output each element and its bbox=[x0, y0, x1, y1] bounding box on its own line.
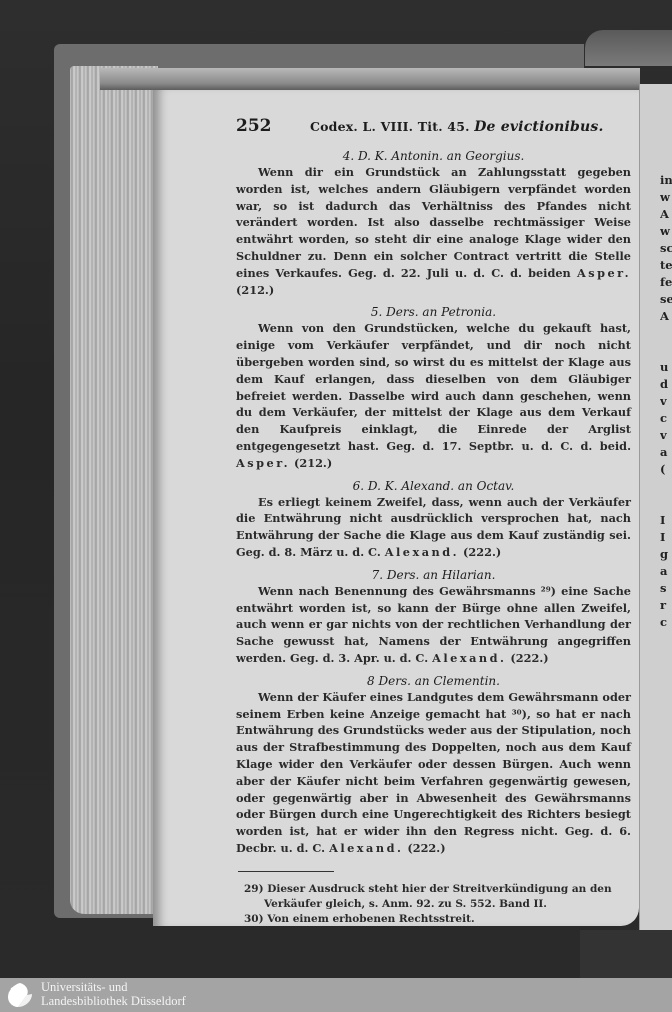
footer-bar: Universitäts- und Landesbibliothek Düsse… bbox=[0, 978, 672, 1012]
facing-page-text: in w A w sc te fe se A u d v c v a ( I I… bbox=[660, 172, 672, 631]
facing-line: I bbox=[660, 529, 672, 546]
consul-name: Asper. bbox=[236, 456, 290, 470]
year-text: (222.) bbox=[510, 651, 548, 665]
consul-name: Alexand. bbox=[432, 651, 506, 665]
section-title: 7. Ders. an Hilarian. bbox=[236, 567, 631, 583]
date-text: Geg. d. 17. Septbr. u. d. C. d. beid. bbox=[386, 439, 631, 453]
facing-line: ( bbox=[660, 461, 672, 478]
body-text: Wenn dir ein Grundstück an Zahlungsstatt… bbox=[236, 165, 631, 280]
section-text: Es erliegt keinem Zweifel, dass, wenn au… bbox=[236, 494, 631, 561]
section-4: 4. D. K. Antonin. an Georgius. Wenn dir … bbox=[236, 148, 631, 298]
running-head-subject: De evictionibus. bbox=[474, 119, 603, 135]
year-text: (222.) bbox=[407, 841, 445, 855]
facing-line: d bbox=[660, 376, 672, 393]
section-5: 5. Ders. an Petronia. Wenn von den Grund… bbox=[236, 304, 631, 471]
footnote-line: 29) Dieser Ausdruck steht hier der Strei… bbox=[244, 883, 612, 895]
facing-line bbox=[660, 342, 672, 359]
page-number: 252 bbox=[236, 116, 310, 136]
date-text: Geg. d. 22. Juli u. d. C. d. beiden bbox=[348, 266, 571, 280]
facing-line: u bbox=[660, 359, 672, 376]
running-head-title: Codex. L. VIII. Tit. 45. De evictionibus… bbox=[310, 119, 604, 135]
section-8: 8 Ders. an Clementin. Wenn der Käufer ei… bbox=[236, 673, 631, 857]
footnote-line: 30) Von einem erhobenen Rechtsstreit. bbox=[244, 913, 475, 925]
footnote-line: Verkäufer gleich, s. Anm. 92. zu S. 552.… bbox=[244, 897, 631, 912]
facing-line: A bbox=[660, 206, 672, 223]
facing-line bbox=[660, 495, 672, 512]
body-text: Wenn von den Grundstücken, welche du gek… bbox=[236, 321, 631, 453]
facing-line: s bbox=[660, 580, 672, 597]
consul-name: Alexand. bbox=[329, 841, 403, 855]
body-text: Wenn der Käufer eines Landgutes dem Gewä… bbox=[236, 690, 631, 855]
facing-line: a bbox=[660, 444, 672, 461]
facing-line: r bbox=[660, 597, 672, 614]
facing-line bbox=[660, 478, 672, 495]
facing-line: w bbox=[660, 189, 672, 206]
facing-line: fe bbox=[660, 274, 672, 291]
footnote-29: 29) Dieser Ausdruck steht hier der Strei… bbox=[236, 882, 631, 912]
date-text: Geg. d. 3. Apr. u. d. C. bbox=[290, 651, 428, 665]
date-text: Geg. d. 8. März u. d. C. bbox=[236, 545, 381, 559]
facing-line: te bbox=[660, 257, 672, 274]
ulb-logo-icon bbox=[5, 981, 35, 1009]
top-page-edge bbox=[100, 68, 640, 90]
section-6: 6. D. K. Alexand. an Octav. Es erliegt k… bbox=[236, 478, 631, 561]
section-title: 5. Ders. an Petronia. bbox=[236, 304, 631, 320]
facing-line: sc bbox=[660, 240, 672, 257]
facing-line bbox=[660, 325, 672, 342]
page-edges bbox=[70, 66, 158, 914]
year-text: (212.) bbox=[294, 456, 332, 470]
body-text: Es erliegt keinem Zweifel, dass, wenn au… bbox=[236, 495, 631, 543]
year-text: (212.) bbox=[236, 283, 274, 297]
facing-line: c bbox=[660, 614, 672, 631]
facing-line: in bbox=[660, 172, 672, 189]
facing-line: w bbox=[660, 223, 672, 240]
facing-line: A bbox=[660, 308, 672, 325]
facing-line: v bbox=[660, 427, 672, 444]
section-text: Wenn von den Grundstücken, welche du gek… bbox=[236, 320, 631, 471]
page-content: 252 Codex. L. VIII. Tit. 45. De eviction… bbox=[236, 116, 631, 927]
year-text: (222.) bbox=[463, 545, 501, 559]
facing-line: a bbox=[660, 563, 672, 580]
facing-line: g bbox=[660, 546, 672, 563]
institution-name: Universitäts- und Landesbibliothek Düsse… bbox=[41, 980, 186, 1008]
section-title: 6. D. K. Alexand. an Octav. bbox=[236, 478, 631, 494]
footnote-30: 30) Von einem erhobenen Rechtsstreit. bbox=[236, 912, 631, 927]
facing-line: I bbox=[660, 512, 672, 529]
institution-line-2: Landesbibliothek Düsseldorf bbox=[41, 994, 186, 1008]
shadow-corner bbox=[580, 930, 672, 978]
footnote-rule bbox=[238, 871, 334, 872]
consul-name: Alexand. bbox=[385, 545, 459, 559]
facing-line: se bbox=[660, 291, 672, 308]
book-cover-right bbox=[585, 30, 672, 66]
section-text: Wenn der Käufer eines Landgutes dem Gewä… bbox=[236, 689, 631, 857]
facing-line: v bbox=[660, 393, 672, 410]
running-head: 252 Codex. L. VIII. Tit. 45. De eviction… bbox=[236, 116, 631, 142]
section-title: 4. D. K. Antonin. an Georgius. bbox=[236, 148, 631, 164]
section-text: Wenn nach Benennung des Gewährsmanns ²⁹)… bbox=[236, 583, 631, 667]
section-7: 7. Ders. an Hilarian. Wenn nach Benennun… bbox=[236, 567, 631, 667]
section-text: Wenn dir ein Grundstück an Zahlungsstatt… bbox=[236, 164, 631, 298]
facing-line: c bbox=[660, 410, 672, 427]
running-head-prefix: Codex. L. VIII. Tit. 45. bbox=[310, 119, 470, 134]
section-title: 8 Ders. an Clementin. bbox=[236, 673, 631, 689]
consul-name: Asper. bbox=[577, 266, 631, 280]
institution-line-1: Universitäts- und bbox=[41, 980, 186, 994]
